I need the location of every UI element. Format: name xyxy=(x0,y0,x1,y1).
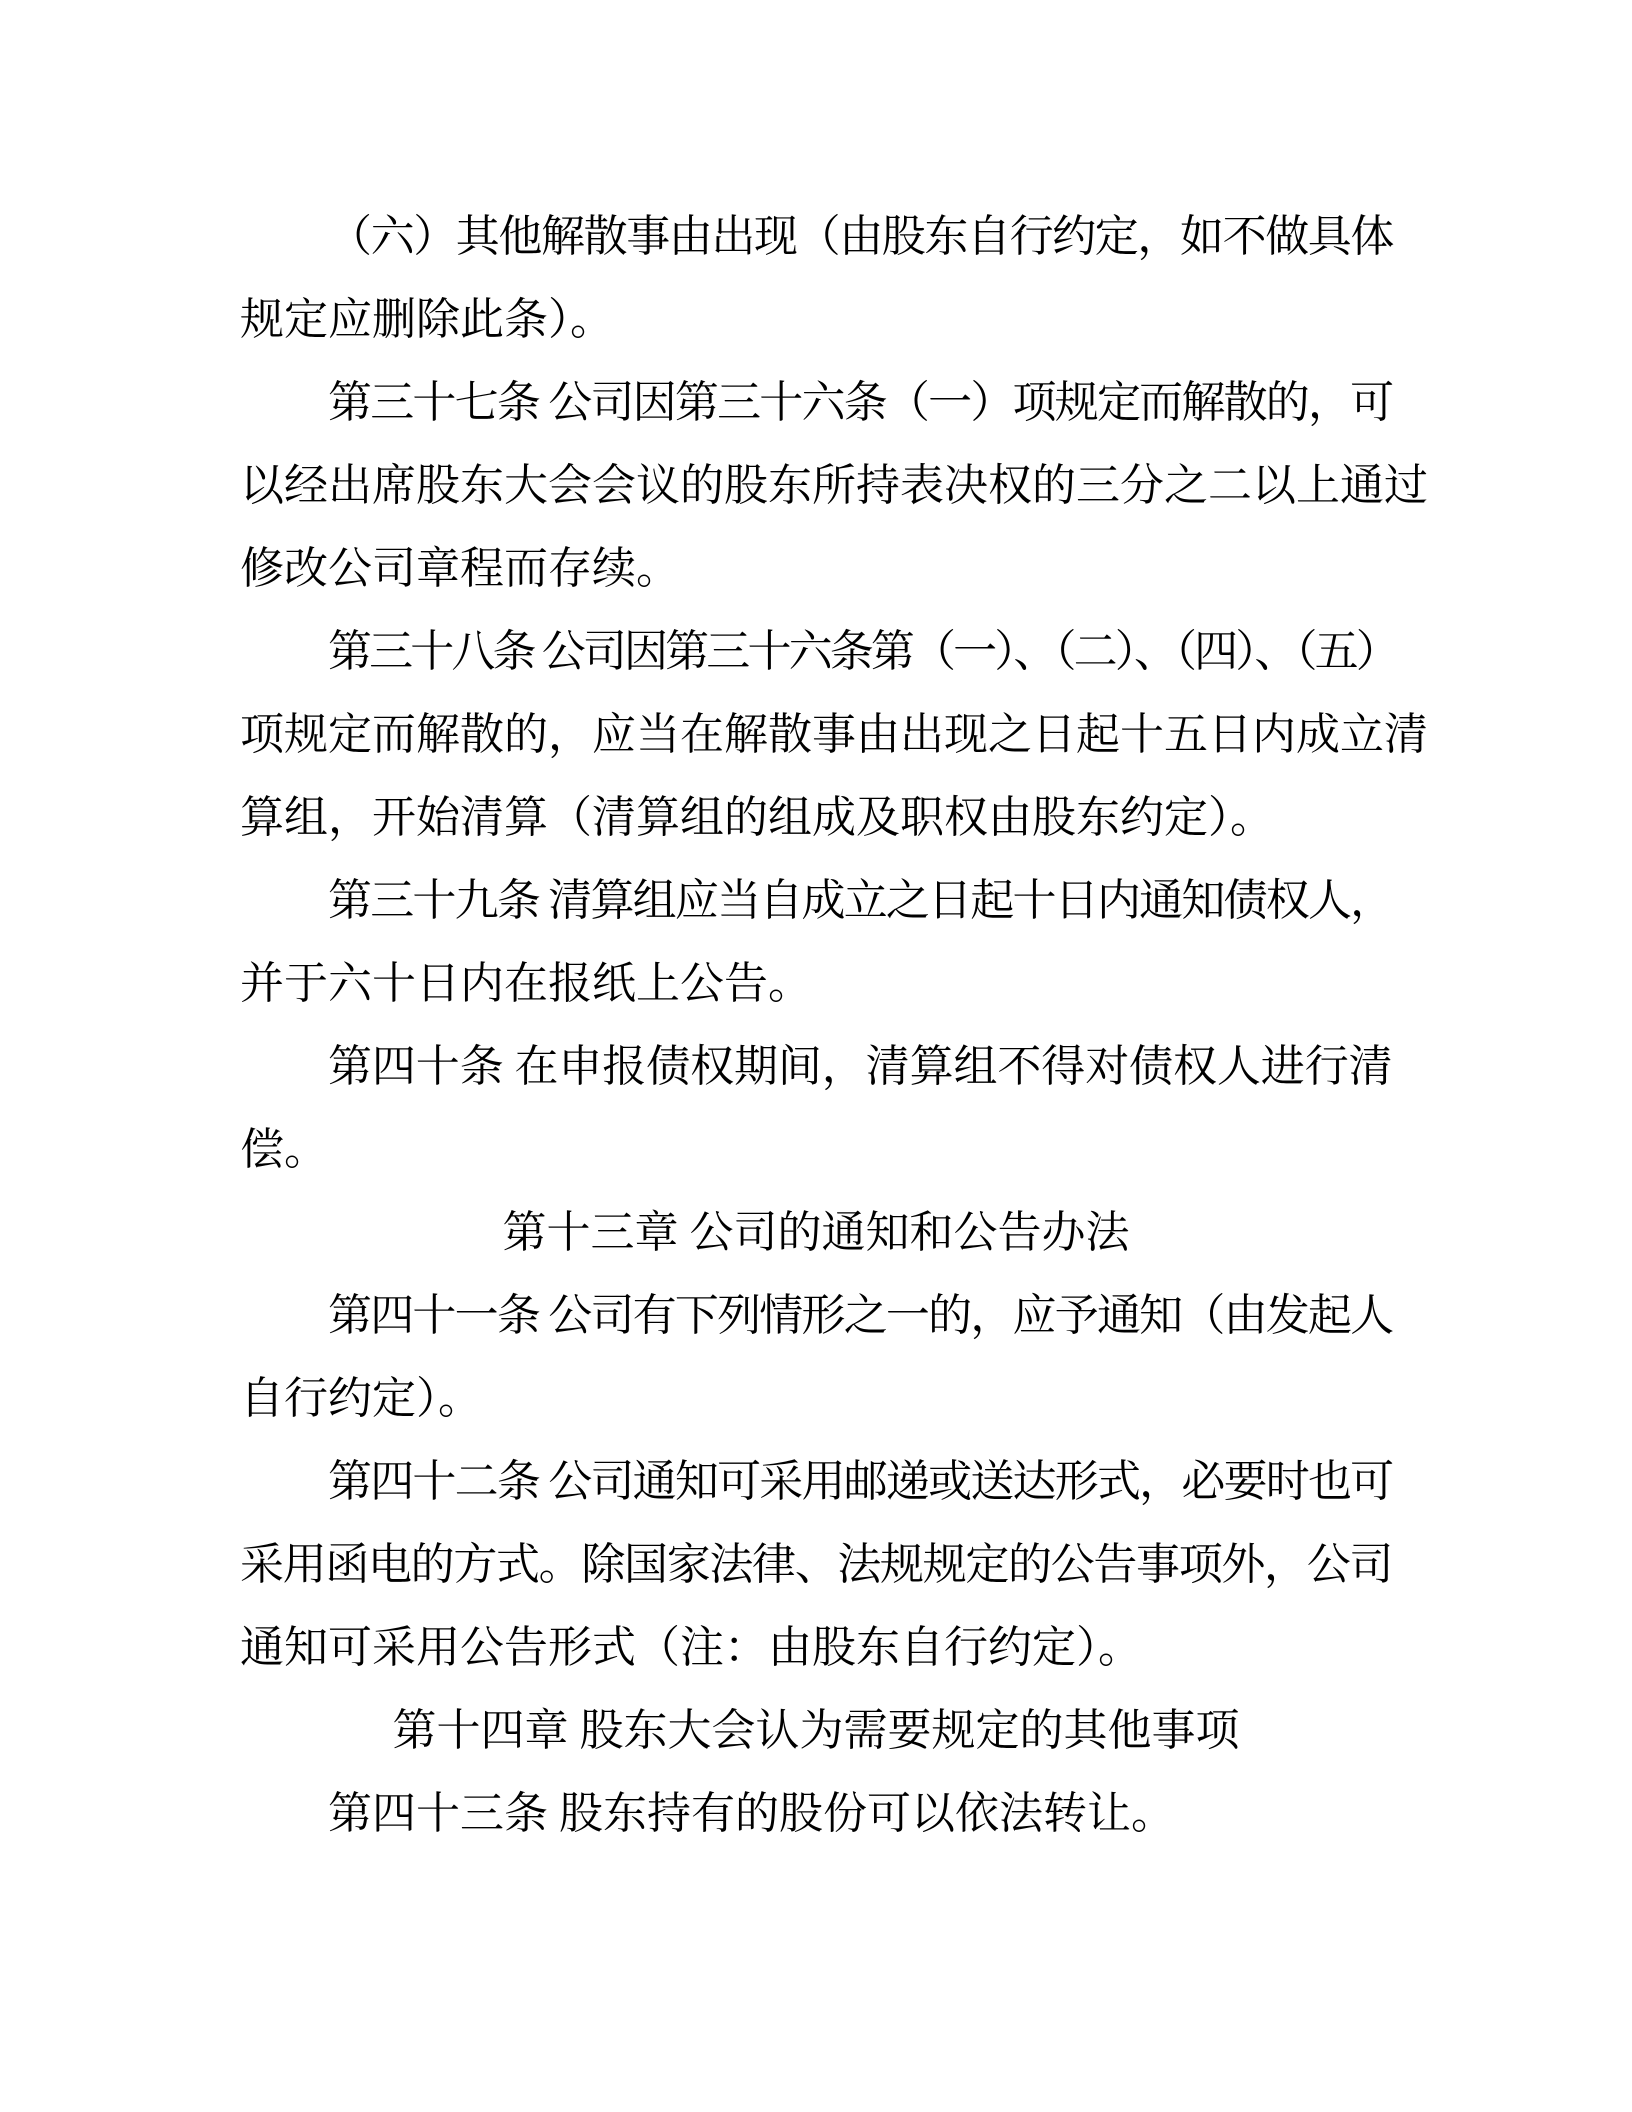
article-41-line-1: 第四十一条 公司有下列情形之一的，应予通知（由发起人 xyxy=(240,1274,1392,1357)
article-39-line-2: 并于六十日内在报纸上公告。 xyxy=(240,942,1392,1025)
article-39-line-1: 第三十九条 清算组应当自成立之日起十日内通知债权人， xyxy=(240,859,1392,942)
article-37-line-3: 修改公司章程而存续。 xyxy=(240,527,1392,610)
article-40-line-2: 偿。 xyxy=(240,1108,1392,1191)
document-page: （六）其他解散事由出现（由股东自行约定，如不做具体 规定应删除此条）。 第三十七… xyxy=(0,0,1632,2112)
article-40-line-1: 第四十条 在申报债权期间，清算组不得对债权人进行清 xyxy=(240,1025,1392,1108)
chapter-14-heading: 第十四章 股东大会认为需要规定的其他事项 xyxy=(240,1689,1392,1772)
chapter-13-heading: 第十三章 公司的通知和公告办法 xyxy=(240,1191,1392,1274)
article-42-line-2: 采用函电的方式。除国家法律、法规规定的公告事项外，公司 xyxy=(240,1523,1392,1606)
article-37-line-1: 第三十七条 公司因第三十六条（一）项规定而解散的，可 xyxy=(240,361,1392,444)
article-41-line-2: 自行约定）。 xyxy=(240,1357,1392,1440)
article-38-line-1: 第三十八条 公司因第三十六条第（一）、（二）、（四）、（五） xyxy=(240,610,1392,693)
clause-6-line-2: 规定应删除此条）。 xyxy=(240,278,1392,361)
article-38-line-3: 算组，开始清算（清算组的组成及职权由股东约定）。 xyxy=(240,776,1392,859)
article-42-line-3: 通知可采用公告形式（注：由股东自行约定）。 xyxy=(240,1606,1392,1689)
article-38-line-2: 项规定而解散的，应当在解散事由出现之日起十五日内成立清 xyxy=(240,693,1392,776)
article-42-line-1: 第四十二条 公司通知可采用邮递或送达形式，必要时也可 xyxy=(240,1440,1392,1523)
article-37-line-2: 以经出席股东大会会议的股东所持表决权的三分之二以上通过 xyxy=(240,444,1392,527)
clause-6-line-1: （六）其他解散事由出现（由股东自行约定，如不做具体 xyxy=(240,195,1392,278)
article-43-line-1: 第四十三条 股东持有的股份可以依法转让。 xyxy=(240,1772,1392,1855)
